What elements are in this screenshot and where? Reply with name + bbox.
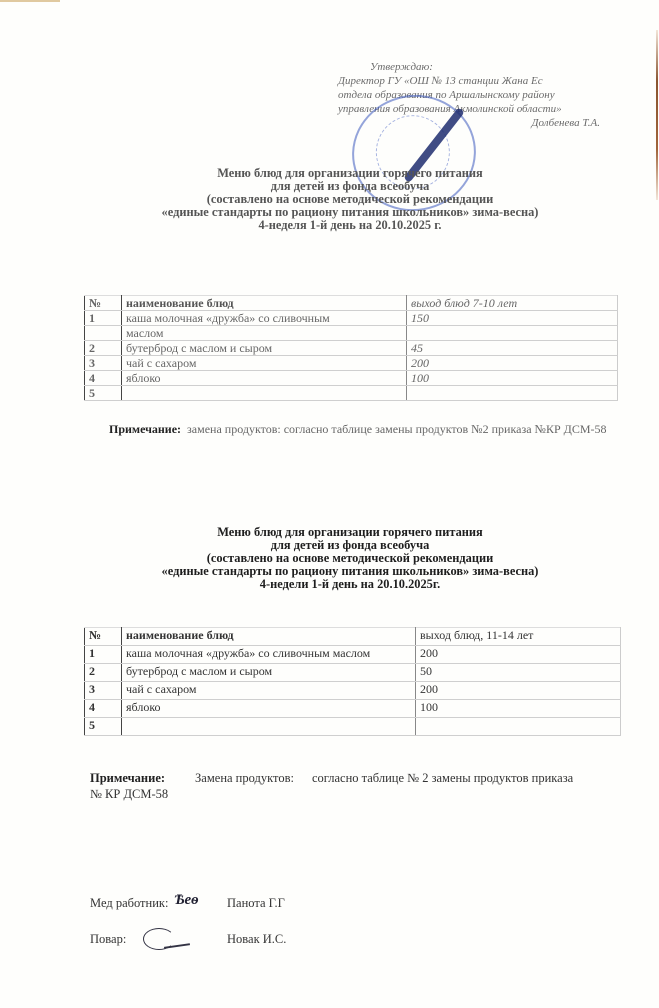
signatory-name: Новак И.С. <box>227 932 286 947</box>
row-number: 4 <box>85 371 122 386</box>
approval-line: отдела образования по Аршалынскому район… <box>338 88 606 102</box>
table-row: 4 яблоко 100 <box>85 700 621 718</box>
row-number: 2 <box>85 664 122 682</box>
row-number: 3 <box>85 356 122 371</box>
table-row: 3 чай с сахаром 200 <box>85 356 618 371</box>
table-header-row: № наименование блюд выход блюд, 11-14 ле… <box>85 628 621 646</box>
row-number: 3 <box>85 682 122 700</box>
dish-name <box>122 718 416 736</box>
dish-name: бутерброд с маслом и сыром <box>122 341 407 356</box>
note-text: замена продуктов: согласно таблице замен… <box>187 422 606 436</box>
approval-heading: Утверждаю: <box>338 60 606 74</box>
note-label: Примечание: <box>90 771 165 785</box>
note-text-part: № КР ДСМ-58 <box>90 787 168 801</box>
dish-output: 100 <box>407 371 618 386</box>
row-number: 5 <box>85 386 122 401</box>
dish-name: яблоко <box>122 371 407 386</box>
table-header-row: № наименование блюд выход блюд 7-10 лет <box>85 296 618 311</box>
scan-edge-right <box>656 30 658 200</box>
note-text-part: Замена продуктов: <box>195 771 294 785</box>
row-number <box>85 326 122 341</box>
dish-output: 150 <box>407 311 618 326</box>
col-header-output: выход блюд 7-10 лет <box>407 296 618 311</box>
dish-output: 200 <box>416 646 621 664</box>
dish-output: 45 <box>407 341 618 356</box>
row-number: 1 <box>85 311 122 326</box>
dish-name: каша молочная «дружба» со сливочным <box>122 311 407 326</box>
row-number: 5 <box>85 718 122 736</box>
table-row: 1 каша молочная «дружба» со сливочным 15… <box>85 311 618 326</box>
table-row: маслом <box>85 326 618 341</box>
table-row: 3 чай с сахаром 200 <box>85 682 621 700</box>
table-row: 2 бутерброд с маслом и сыром 50 <box>85 664 621 682</box>
dish-output <box>416 718 621 736</box>
dish-name: каша молочная «дружба» со сливочным масл… <box>122 646 416 664</box>
table-row: 2 бутерброд с маслом и сыром 45 <box>85 341 618 356</box>
approval-line: Директор ГУ «ОШ № 13 станции Жана Ес <box>338 74 606 88</box>
menu1-title: Меню блюд для организации горячего питан… <box>100 167 600 232</box>
dish-output <box>407 326 618 341</box>
row-number: 1 <box>85 646 122 664</box>
dish-name: чай с сахаром <box>122 682 416 700</box>
col-header-output: выход блюд, 11-14 лет <box>416 628 621 646</box>
menu1-note: Примечание:замена продуктов: согласно та… <box>109 422 609 437</box>
dish-output <box>407 386 618 401</box>
signatory-name: Панота Г.Г <box>227 896 285 911</box>
menu2-note: Примечание:Замена продуктов:согласно таб… <box>90 770 610 802</box>
col-header-number: № <box>85 628 122 646</box>
note-label: Примечание: <box>109 422 181 436</box>
table-row: 4 яблоко 100 <box>85 371 618 386</box>
col-header-dish: наименование блюд <box>122 628 416 646</box>
dish-name: бутерброд с маслом и сыром <box>122 664 416 682</box>
dish-output: 100 <box>416 700 621 718</box>
dish-output: 50 <box>416 664 621 682</box>
menu2-table: № наименование блюд выход блюд, 11-14 ле… <box>84 627 621 736</box>
table-row: 1 каша молочная «дружба» со сливочным ма… <box>85 646 621 664</box>
signature-role: Мед работник: <box>90 896 168 911</box>
scan-edge-top <box>0 0 60 2</box>
col-header-number: № <box>85 296 122 311</box>
dish-output: 200 <box>407 356 618 371</box>
menu1-table: № наименование блюд выход блюд 7-10 лет … <box>84 295 618 401</box>
dish-name: яблоко <box>122 700 416 718</box>
menu1-title-line: 4-неделя 1-й день на 20.10.2025 г. <box>100 219 600 232</box>
dish-name: маслом <box>122 326 407 341</box>
row-number: 4 <box>85 700 122 718</box>
note-text-part: согласно таблице № 2 замены продуктов пр… <box>312 771 573 785</box>
menu2-title: Меню блюд для организации горячего питан… <box>100 526 600 591</box>
dish-name: чай с сахаром <box>122 356 407 371</box>
handwritten-signature: Ѣеѳ <box>175 892 199 909</box>
dish-output: 200 <box>416 682 621 700</box>
handwritten-signature <box>143 928 175 950</box>
signature-role: Повар: <box>90 932 126 947</box>
menu2-title-line: 4-недели 1-й день на 20.10.2025г. <box>100 578 600 591</box>
table-row: 5 <box>85 718 621 736</box>
row-number: 2 <box>85 341 122 356</box>
table-row: 5 <box>85 386 618 401</box>
dish-name <box>122 386 407 401</box>
col-header-dish: наименование блюд <box>122 296 407 311</box>
